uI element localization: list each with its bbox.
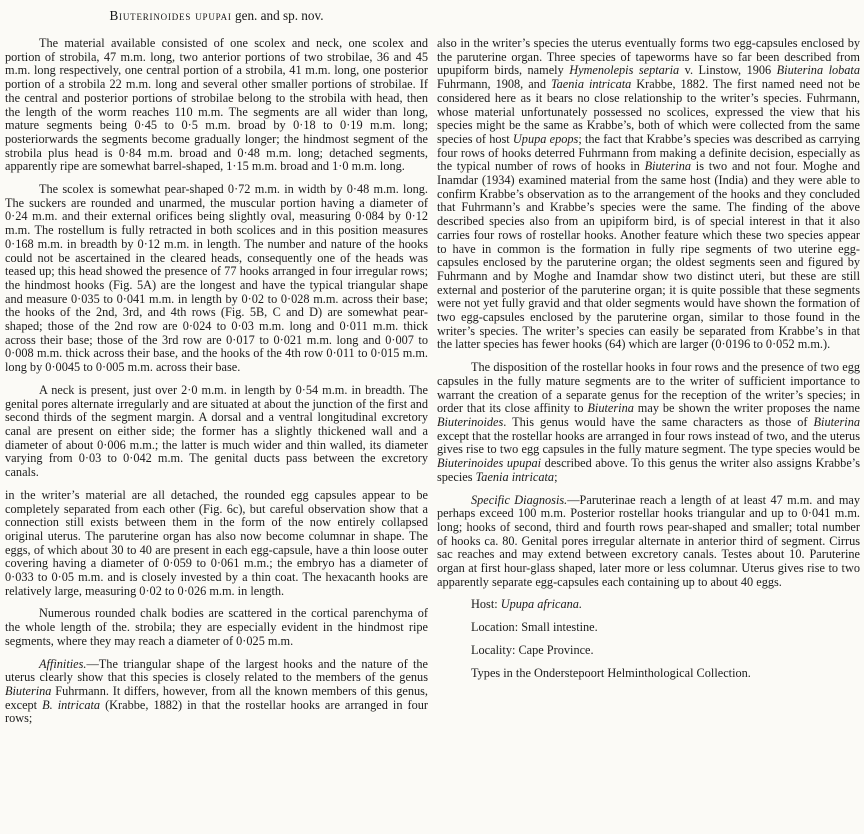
- text-run: Fuhrmann, 1908, and: [437, 77, 551, 91]
- right-column: also in the writer’s species the uterus …: [437, 6, 860, 735]
- article-title: Biuterinoides upupai gen. and sp. nov.: [5, 8, 428, 24]
- text-run: Upupa epops: [513, 132, 578, 146]
- text-run: Taenia intricata: [551, 77, 631, 91]
- text-run: Hymenolepis septaria: [569, 63, 679, 77]
- paragraph: Numerous rounded chalk bodies are scatte…: [5, 607, 428, 648]
- paragraph: Specific Diagnosis.—Paruterinae reach a …: [437, 494, 860, 590]
- paragraph: also in the writer’s species the uterus …: [437, 37, 860, 352]
- text-run: Biuterina: [814, 415, 860, 429]
- text-run: Numerous rounded chalk bodies are scatte…: [5, 606, 428, 647]
- left-column-text: The material available consisted of one …: [5, 37, 428, 726]
- text-run: Biuterina: [587, 401, 633, 415]
- text-run: may be shown the writer proposes the nam…: [634, 401, 860, 415]
- paragraph: The material available consisted of one …: [5, 37, 428, 174]
- text-run: The material available consisted of one …: [5, 36, 428, 173]
- paragraph: Locality: Cape Province.: [437, 644, 860, 658]
- text-run: Biuterina: [645, 159, 691, 173]
- text-run: in the writer’s material are all detache…: [5, 488, 428, 598]
- paragraph: A neck is present, just over 2·0 m.m. in…: [5, 384, 428, 480]
- text-run: Biuterina lobata: [777, 63, 860, 77]
- paragraph: Types in the Onderstepoort Helminthologi…: [437, 667, 860, 681]
- text-run: Biuterinoides upupai: [109, 8, 231, 23]
- left-column: Biuterinoides upupai gen. and sp. nov. T…: [5, 6, 428, 735]
- text-run: The scolex is somewhat pear-shaped 0·72 …: [5, 182, 428, 374]
- text-run: A neck is present, just over 2·0 m.m. in…: [5, 383, 428, 479]
- text-run: gen. and sp. nov.: [232, 8, 324, 23]
- text-run: Locality: Cape Province.: [471, 643, 594, 657]
- text-run: —Paruterinae reach a length of at least …: [437, 493, 860, 589]
- text-run: . This genus would have the same charact…: [503, 415, 813, 429]
- text-run: Biuterinoides upupai: [437, 456, 541, 470]
- text-run: Affinities.: [39, 657, 86, 671]
- paragraph: Location: Small intestine.: [437, 621, 860, 635]
- document-page: Biuterinoides upupai gen. and sp. nov. T…: [0, 0, 864, 735]
- right-column-text: also in the writer’s species the uterus …: [437, 37, 860, 680]
- text-run: Upupa africana.: [501, 597, 582, 611]
- text-run: Host:: [471, 597, 501, 611]
- text-run: Taenia intricata: [476, 470, 554, 484]
- text-run: Biuterina: [5, 684, 51, 698]
- text-run: Specific Diagnosis.: [471, 493, 567, 507]
- text-run: v. Linstow, 1906: [679, 63, 776, 77]
- paragraph: in the writer’s material are all detache…: [5, 489, 428, 599]
- paragraph: The disposition of the rostellar hooks i…: [437, 361, 860, 484]
- text-run: Biuterinoides: [437, 415, 503, 429]
- text-run: except that the rostellar hooks are arra…: [437, 429, 860, 457]
- text-run: ;: [554, 470, 557, 484]
- text-run: is two and not four. Moghe and Inamdar (…: [437, 159, 860, 351]
- text-run: Types in the Onderstepoort Helminthologi…: [471, 666, 751, 680]
- paragraph: Host: Upupa africana.: [437, 598, 860, 612]
- paragraph: Affinities.—The triangular shape of the …: [5, 658, 428, 727]
- paragraph: The scolex is somewhat pear-shaped 0·72 …: [5, 183, 428, 375]
- text-run: Location: Small intestine.: [471, 620, 598, 634]
- text-run: B. intricata: [42, 698, 100, 712]
